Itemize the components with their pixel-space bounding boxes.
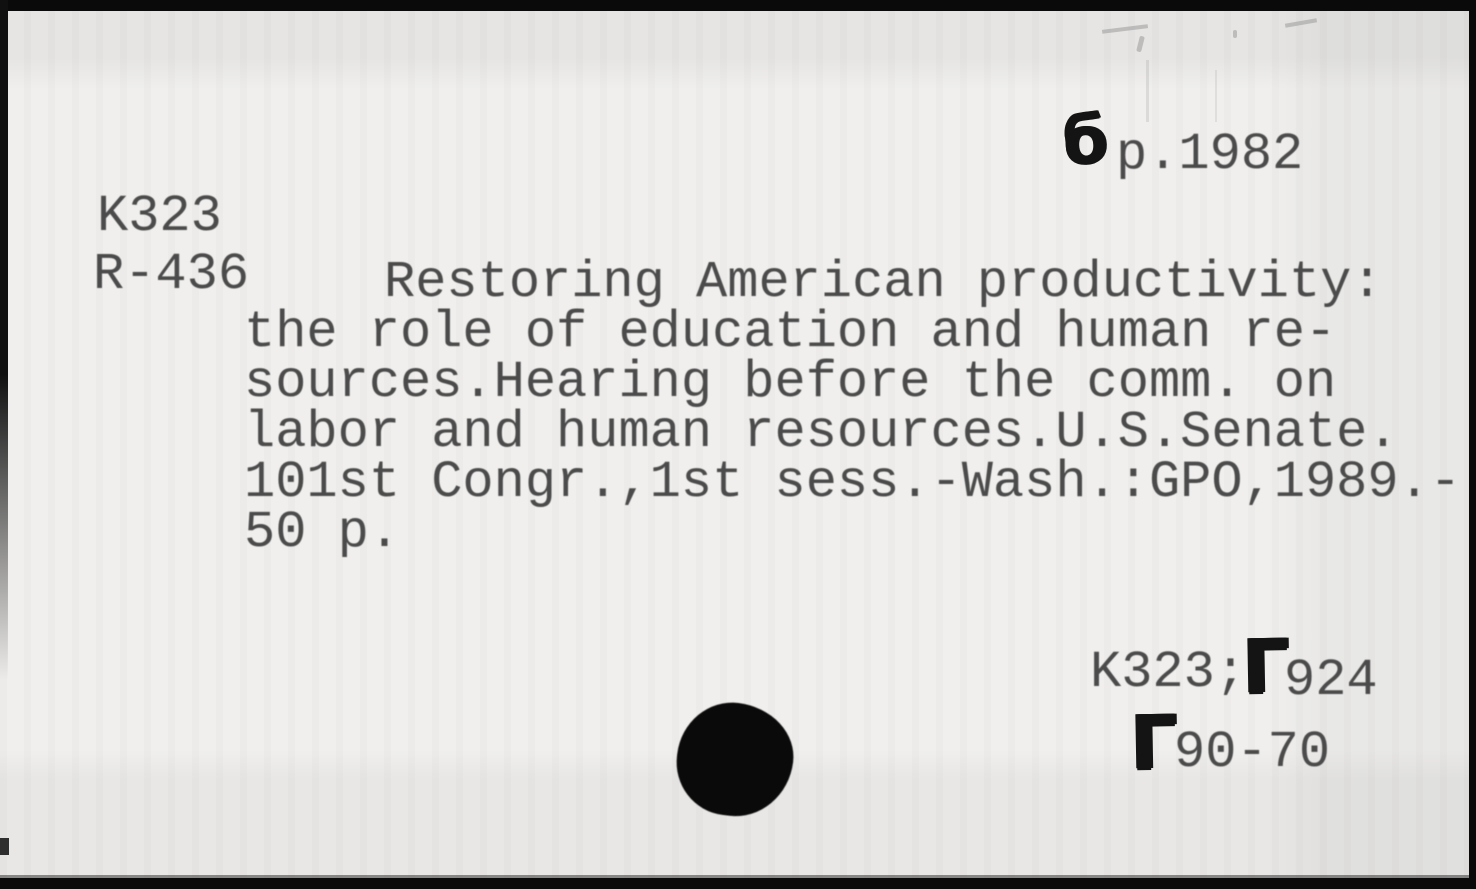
- hand-letter-b: б: [1061, 105, 1110, 177]
- entry-text: Restoring American productivity: the rol…: [244, 258, 1461, 558]
- pencil-smudge: [1233, 30, 1237, 38]
- pencil-smudge: [1102, 24, 1148, 34]
- entry-line-4: labor and human resources.U.S.Senate.: [244, 408, 1461, 458]
- scan-edge-right: [1469, 0, 1476, 889]
- scan-edge-top: [0, 0, 1476, 11]
- entry-line-1: Restoring American productivity:: [244, 258, 1461, 308]
- entry-line-5: 101st Congr.,1st sess.-Wash.:GPO,1989.-: [244, 458, 1461, 508]
- call-number-class: K323: [97, 192, 222, 242]
- call-number-book: R-436: [93, 250, 249, 300]
- scan-edge-left: [0, 0, 8, 680]
- entry-line-2: the role of education and human re-: [244, 308, 1461, 358]
- code-90-70: 90-70: [1174, 728, 1330, 778]
- scan-edge-left-nub: [0, 838, 9, 855]
- ink-blot: [671, 696, 800, 822]
- code-k323: K323;: [1090, 648, 1246, 698]
- scan-streak: [1146, 60, 1149, 122]
- hand-letter-gamma: Γ: [1129, 712, 1177, 775]
- pencil-smudge: [1285, 18, 1317, 27]
- code-924: 924: [1284, 656, 1378, 706]
- catalog-card-scan: б p.1982 K323 R-436 Restoring American p…: [0, 0, 1476, 889]
- entry-line-3: sources.Hearing before the comm. on: [244, 358, 1461, 408]
- scan-edge-bottom: [0, 878, 1476, 889]
- scan-streak: [1215, 70, 1217, 122]
- pencil-smudge: [1136, 36, 1145, 53]
- entry-line-6: 50 p.: [244, 508, 1461, 558]
- year-note: p.1982: [1116, 130, 1303, 180]
- hand-letter-gamma: Γ: [1241, 636, 1289, 699]
